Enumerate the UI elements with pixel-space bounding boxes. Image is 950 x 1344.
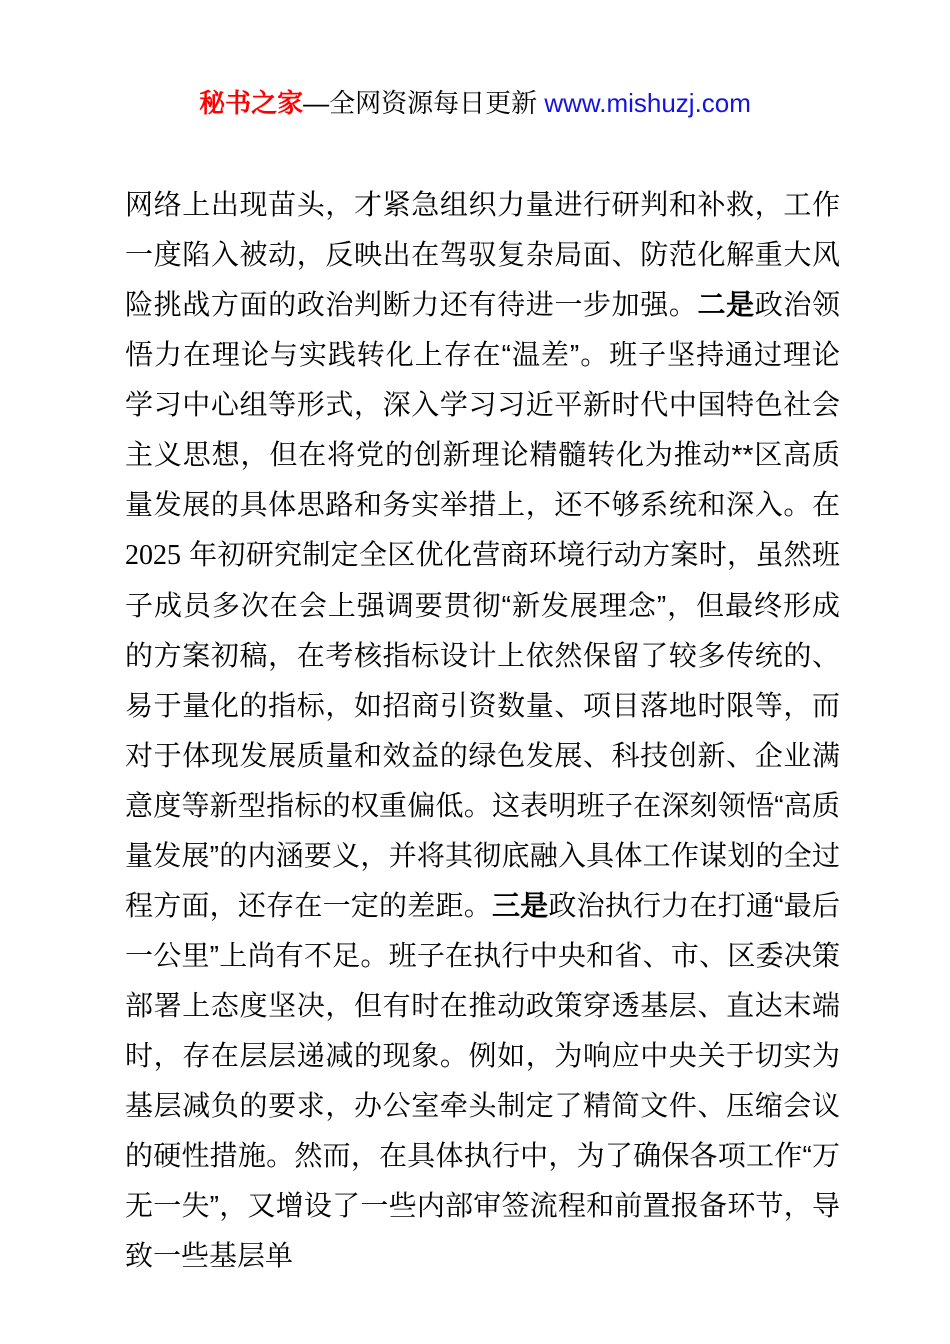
site-url: www.mishuzj.com bbox=[544, 88, 751, 118]
site-brand: 秘书之家 bbox=[199, 88, 303, 118]
document-page: 秘书之家—全网资源每日更新 www.mishuzj.com 网络上出现苗头，才紧… bbox=[0, 0, 950, 1344]
text-run: 2025 bbox=[125, 540, 181, 571]
text-run: 政治领悟力在理论与实践转化上存在“温差”。班子坚持通过理论学习中心组等形式，深入… bbox=[125, 289, 840, 520]
site-tagline: —全网资源每日更新 bbox=[303, 88, 544, 118]
body-paragraph: 网络上出现苗头，才紧急组织力量进行研判和补救，工作一度陷入被动，反映出在驾驭复杂… bbox=[125, 180, 840, 1281]
emphasis-run: 三是 bbox=[492, 890, 548, 921]
site-header: 秘书之家—全网资源每日更新 www.mishuzj.com bbox=[0, 86, 950, 120]
text-run: 政治执行力在打通“最后一公里”上尚有不足。班子在执行中央和省、市、区委决策部署上… bbox=[125, 890, 840, 1271]
text-run: 年初研究制定全区优化营商环境行动方案时，虽然班子成员多次在会上强调要贯彻“新发展… bbox=[125, 539, 840, 921]
emphasis-run: 二是 bbox=[697, 289, 754, 320]
